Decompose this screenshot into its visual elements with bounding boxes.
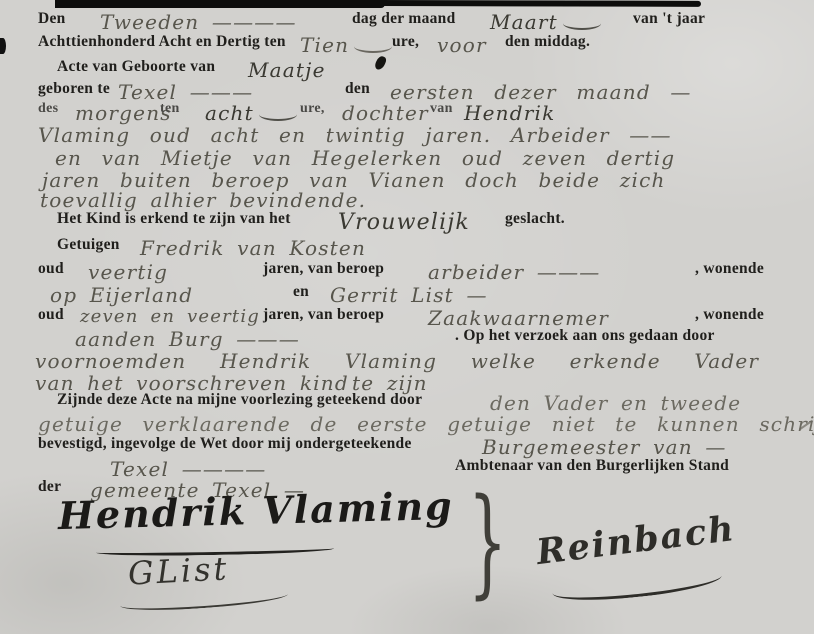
printed-text: dag der maand (352, 10, 456, 28)
witness1-residence-line: op Eijerland en Gerrit List — (0, 283, 814, 307)
printed-text: Het Kind is erkend te zijn van het (57, 210, 291, 228)
entry-official-title: Burgemeester van — (482, 435, 727, 459)
entry-before-after-noon: voor (437, 33, 487, 57)
mother-details-line: en van Mietje van Hegelerken oud zeven d… (0, 146, 814, 170)
entry-time-of-day: morgens (75, 101, 172, 125)
printed-text: , wonende (695, 306, 764, 324)
entry-registration-hour: Tien (300, 33, 392, 57)
printed-text: jaren, van beroep (263, 260, 384, 278)
printed-text: ure, (392, 33, 419, 51)
printed-text: den (345, 80, 370, 98)
birth-time-line: des morgens ten acht ure, dochter van He… (0, 101, 814, 125)
printed-text: oud (38, 260, 64, 278)
entry-child-relation: dochter (342, 101, 429, 125)
printed-text: van (430, 101, 453, 117)
request-line: voornoemden Hendrik Vlaming welke erkend… (0, 349, 814, 373)
signing-clause-line-2: getuige verklaarende de eerste getuige n… (0, 412, 814, 436)
confirmation-line: bevestigd, ingevolge de Wet door mij ond… (0, 435, 814, 459)
printed-text: oud (38, 306, 64, 324)
witnesses-line: Getuigen Fredrik van Kosten (0, 236, 814, 260)
printed-text: Zijnde deze Acte na mijne voorlezing get… (57, 391, 422, 409)
child-sex-line: Het Kind is erkend te zijn van het Vrouw… (0, 210, 814, 234)
printed-text: , wonende (695, 260, 764, 278)
printed-text: Achttienhonderd Acht en Dertig ten (38, 33, 286, 51)
entry-birth-hour: acht (205, 101, 297, 125)
entry-requester: voornoemden Hendrik Vlaming welke erkend… (35, 349, 759, 373)
father-details-line: Vlaming oud acht en twintig jaren. Arbei… (0, 123, 814, 147)
registration-date-line: Den Tweeden ———— dag der maand Maart van… (0, 10, 814, 34)
printed-text: van 't jaar (633, 10, 705, 28)
printed-text: Acte van Geboorte van (57, 58, 215, 76)
entry-witness1-name: Fredrik van Kosten (140, 236, 366, 260)
printed-text: Den (38, 10, 66, 28)
entry-witness2-age: zeven en veertig (80, 306, 260, 327)
printed-text: jaren, van beroep (263, 306, 384, 324)
printed-text: ure, (300, 101, 325, 117)
entry-witness2-name: Gerrit List — (330, 283, 488, 307)
printed-text: geslacht. (505, 210, 565, 228)
entry-registration-day: Tweeden ———— (100, 10, 297, 34)
act-title-line: Acte van Geboorte van Maatje (0, 58, 814, 82)
mother-details-line-3: toevallig alhier bevindende. (0, 188, 814, 212)
witness2-residence-line: aanden Burg ——— . Op het verzoek aan ons… (0, 327, 814, 351)
printed-text: des (38, 101, 58, 117)
registration-year-line: Achttienhonderd Acht en Dertig ten Tien … (0, 33, 814, 57)
entry-child-sex: Vrouwelijk (338, 210, 470, 235)
entry-father-details: Vlaming oud acht en twintig jaren. Arbei… (38, 123, 672, 147)
entry-mother-details: toevallig alhier bevindende. (40, 188, 366, 212)
signature-flourish (551, 563, 723, 606)
printed-text: Getuigen (57, 236, 120, 254)
printed-text: bevestigd, ingevolge de Wet door mij ond… (38, 435, 412, 453)
entry-witness1-age: veertig (88, 260, 168, 284)
printed-text: den middag. (505, 33, 590, 51)
entry-witness2-residence: aanden Burg ——— (75, 327, 300, 351)
witness1-line: oud veertig jaren, van beroep arbeider —… (0, 260, 814, 284)
entry-witness1-profession: arbeider ——— (428, 260, 600, 284)
brace-mark: } (468, 478, 507, 607)
printed-text: Ambtenaar van den Burgerlijken Stand (455, 457, 729, 475)
signature-father: Hendrik Vlaming (57, 483, 454, 538)
entry-witness1-residence: op Eijerland (50, 283, 193, 307)
entry-mother-details: en van Mietje van Hegelerken oud zeven d… (55, 146, 675, 170)
printed-text: geboren te (38, 80, 110, 98)
signature-witness: GList (127, 549, 230, 592)
printed-text: en (293, 283, 309, 301)
entry-registration-month: Maart (490, 10, 601, 34)
printed-text: ten (160, 101, 180, 117)
signature-official: Reinbach (534, 508, 738, 573)
entry-father-first-name: Hendrik (464, 101, 555, 125)
birth-record-scan: Den Tweeden ———— dag der maand Maart van… (0, 0, 814, 634)
entry-signers: getuige verklaarende de eerste getuige n… (38, 412, 814, 436)
entry-child-name: Maatje (248, 58, 326, 82)
printed-text: . Op het verzoek aan ons gedaan door (455, 327, 715, 345)
